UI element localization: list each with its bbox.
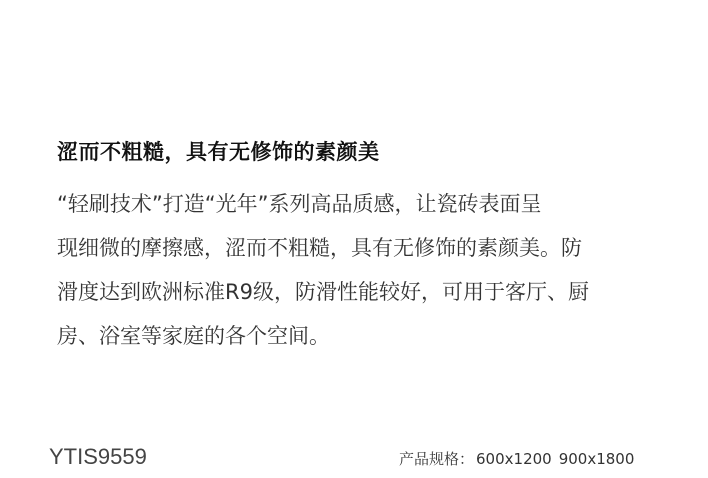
spec-label: 产品规格：	[399, 450, 474, 468]
product-description-page: 涩而不粗糙，具有无修饰的素颜美 “轻刷技术”打造“光年”系列高品质感，让瓷砖表面…	[0, 0, 708, 478]
product-spec: 产品规格：600x1200900x1800	[399, 448, 634, 469]
spec-size: 600x1200	[476, 450, 552, 468]
spec-size: 900x1800	[559, 450, 635, 468]
description-line: 滑度达到欧洲标准R9级，防滑性能较好，可用于客厅、厨	[57, 270, 657, 314]
section-heading: 涩而不粗糙，具有无修饰的素颜美	[57, 136, 380, 166]
description-line: 房、浴室等家庭的各个空间。	[57, 314, 657, 358]
description-line: “轻刷技术”打造“光年”系列高品质感，让瓷砖表面呈	[57, 182, 657, 226]
description-line: 现细微的摩擦感，涩而不粗糙，具有无修饰的素颜美。防	[57, 226, 657, 270]
product-model-code: YTIS9559	[49, 444, 147, 470]
description-paragraph: “轻刷技术”打造“光年”系列高品质感，让瓷砖表面呈 现细微的摩擦感，涩而不粗糙，…	[57, 182, 657, 358]
